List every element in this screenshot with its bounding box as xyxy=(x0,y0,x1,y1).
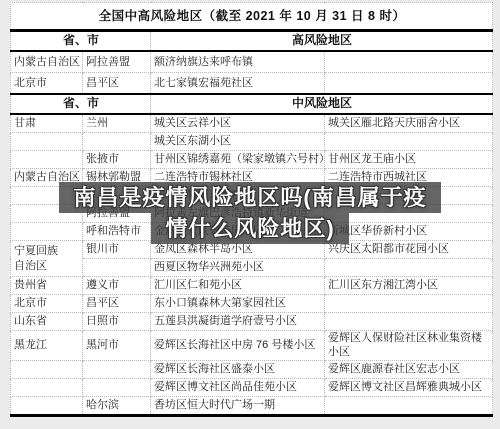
table-cell: 昌平区 xyxy=(83,295,151,313)
risk-table: 全国中高风险地区（截至 2021 年 10 月 31 日 8 时） 省、市高风险… xyxy=(10,2,493,417)
table-row: 张掖市甘州区锦绣嘉苑（梁家墩镇六号村）甘州区龙王庙小区 xyxy=(11,151,493,169)
table-cell: 宁夏回族 自治区 xyxy=(11,241,83,277)
table-cell xyxy=(83,259,151,277)
table-cell xyxy=(83,360,151,378)
table-row: 二连浩特市东城社区 xyxy=(11,187,493,205)
section-header-row: 省、市高风险地区 xyxy=(11,31,493,52)
table-row: 甘肃兰州城关区云祥小区城关区雁北路天庆丽舍小区 xyxy=(11,114,493,133)
table-cell: 城关区云祥小区 xyxy=(151,114,325,133)
table-cell: 日照市 xyxy=(83,313,151,331)
table-cell: 银川市 xyxy=(83,241,151,259)
table-cell: 内蒙古自治区 xyxy=(11,169,83,187)
table-cell: 锡林郭勒盟 xyxy=(83,169,151,187)
table-row: 内蒙古自治区阿拉善盟额济纳旗达来呼布镇 xyxy=(11,51,493,73)
risk-level-header: 高风险地区 xyxy=(151,31,493,52)
table-cell: 阿拉善盟 xyxy=(83,205,151,223)
table-cell: 黑河市 xyxy=(83,331,151,361)
table-cell xyxy=(325,313,493,331)
table-cell xyxy=(325,259,493,277)
table-cell xyxy=(325,205,493,223)
table-cell: 二连浩特市西城社区 xyxy=(325,169,493,187)
table-row: 山东省日照市五莲县洪凝街道学府壹号小区 xyxy=(11,313,493,331)
table-cell: 爱辉区长海社区盛泰小区 xyxy=(151,360,325,378)
table-cell: 呼和浩特市 xyxy=(83,223,151,241)
table-row: 贵州省遵义市汇川区仁和苑小区汇川区东方湘江湾小区 xyxy=(11,277,493,295)
section-header-row: 省、市中风险地区 xyxy=(11,94,493,114)
table-title-row: 全国中高风险地区（截至 2021 年 10 月 31 日 8 时） xyxy=(11,3,493,31)
table-row: 内蒙古自治区锡林郭勒盟二连浩特市锡林社区二连浩特市西城社区 xyxy=(11,169,493,187)
table-cell xyxy=(83,133,151,151)
table-cell: 城关区东湖小区 xyxy=(151,133,325,151)
province-city-header: 省、市 xyxy=(11,94,151,114)
table-cell xyxy=(325,295,493,313)
table-cell xyxy=(325,51,493,73)
table-cell: 爱辉区人保财险社区林业集资楼小区 xyxy=(325,331,493,361)
table-row: 西夏区物华兴洲苑小区 xyxy=(11,259,493,277)
table-cell: 北七家镇宏福苑社区 xyxy=(151,73,325,95)
table-cell: 兴庆区太阳都市花园小区 xyxy=(325,241,493,259)
table-cell: 爱辉区长海社区中房 76 号楼小区 xyxy=(151,331,325,361)
table-cell: 城关区雁北路天庆丽舍小区 xyxy=(325,114,493,133)
province-city-header: 省、市 xyxy=(11,31,151,52)
table-cell: 北京市 xyxy=(11,73,83,95)
table-cell: 兰州 xyxy=(83,114,151,133)
table-cell xyxy=(325,187,493,205)
table-row: 呼和浩特市金川开发区碧桂园小区新城区华侨新村小区 xyxy=(11,223,493,241)
table-row: 宁夏回族 自治区银川市金凤区森林半岛小区兴庆区太阳都市花园小区 xyxy=(11,241,493,259)
table-cell: 西夏区物华兴洲苑小区 xyxy=(151,259,325,277)
table-cell: 东小口镇森林大第家园社区 xyxy=(151,295,325,313)
table-cell xyxy=(11,205,83,223)
table-cell xyxy=(11,360,83,378)
risk-table-body: 全国中高风险地区（截至 2021 年 10 月 31 日 8 时） 省、市高风险… xyxy=(11,3,493,416)
table-cell: 山东省 xyxy=(11,313,83,331)
table-cell xyxy=(11,133,83,151)
table-cell xyxy=(11,187,83,205)
table-row: 哈尔滨香坊区恒大时代广场一期 xyxy=(11,396,493,415)
table-row: 城关区东湖小区 xyxy=(11,133,493,151)
table-cell: 昌平区 xyxy=(83,73,151,95)
table-cell: 内蒙古自治区 xyxy=(11,51,83,73)
table-cell: 二连浩特市东城社区 xyxy=(151,187,325,205)
table-cell xyxy=(325,133,493,151)
table-cell: 新城区华侨新村小区 xyxy=(325,223,493,241)
table-cell: 阿拉善左旗巴彦浩特镇新华街道 xyxy=(151,205,325,223)
table-cell xyxy=(11,223,83,241)
table-cell: 汇川区东方湘江湾小区 xyxy=(325,277,493,295)
table-cell: 张掖市 xyxy=(83,151,151,169)
table-cell: 额济纳旗达来呼布镇 xyxy=(151,51,325,73)
risk-level-header: 中风险地区 xyxy=(151,94,493,114)
table-cell xyxy=(11,378,83,396)
table-cell xyxy=(83,378,151,396)
table-cell: 金川开发区碧桂园小区 xyxy=(151,223,325,241)
table-cell xyxy=(11,151,83,169)
table-cell: 遵义市 xyxy=(83,277,151,295)
table-cell: 金凤区森林半岛小区 xyxy=(151,241,325,259)
table-cell: 汇川区仁和苑小区 xyxy=(151,277,325,295)
table-row: 阿拉善盟阿拉善左旗巴彦浩特镇新华街道 xyxy=(11,205,493,223)
risk-area-page: 全国中高风险地区（截至 2021 年 10 月 31 日 8 时） 省、市高风险… xyxy=(0,0,500,429)
table-row: 黑龙江黑河市爱辉区长海社区中房 76 号楼小区爱辉区人保财险社区林业集资楼小区 xyxy=(11,331,493,361)
table-cell: 阿拉善盟 xyxy=(83,51,151,73)
table-cell xyxy=(83,187,151,205)
table-cell xyxy=(11,396,83,415)
table-cell: 爱辉区鹿源春社区宏志小区 xyxy=(325,360,493,378)
page-title: 全国中高风险地区（截至 2021 年 10 月 31 日 8 时） xyxy=(11,3,493,31)
table-row: 北京市昌平区北七家镇宏福苑社区 xyxy=(11,73,493,95)
table-cell: 爱辉区博文社区昌辉雅典城小区 xyxy=(325,378,493,396)
table-cell: 贵州省 xyxy=(11,277,83,295)
table-cell xyxy=(325,73,493,95)
table-cell: 甘州区龙王庙小区 xyxy=(325,151,493,169)
table-cell: 香坊区恒大时代广场一期 xyxy=(151,396,325,415)
table-cell: 爱辉区博文社区尚品佳苑小区 xyxy=(151,378,325,396)
table-cell: 二连浩特市锡林社区 xyxy=(151,169,325,187)
table-cell: 甘肃 xyxy=(11,114,83,133)
table-cell: 北京市 xyxy=(11,295,83,313)
table-row: 北京市昌平区东小口镇森林大第家园社区 xyxy=(11,295,493,313)
table-row: 爱辉区博文社区尚品佳苑小区爱辉区博文社区昌辉雅典城小区 xyxy=(11,378,493,396)
table-cell: 黑龙江 xyxy=(11,331,83,361)
table-cell: 五莲县洪凝街道学府壹号小区 xyxy=(151,313,325,331)
table-cell xyxy=(325,396,493,415)
table-row: 爱辉区长海社区盛泰小区爱辉区鹿源春社区宏志小区 xyxy=(11,360,493,378)
table-cell: 甘州区锦绣嘉苑（梁家墩镇六号村） xyxy=(151,151,325,169)
table-cell: 哈尔滨 xyxy=(83,396,151,415)
